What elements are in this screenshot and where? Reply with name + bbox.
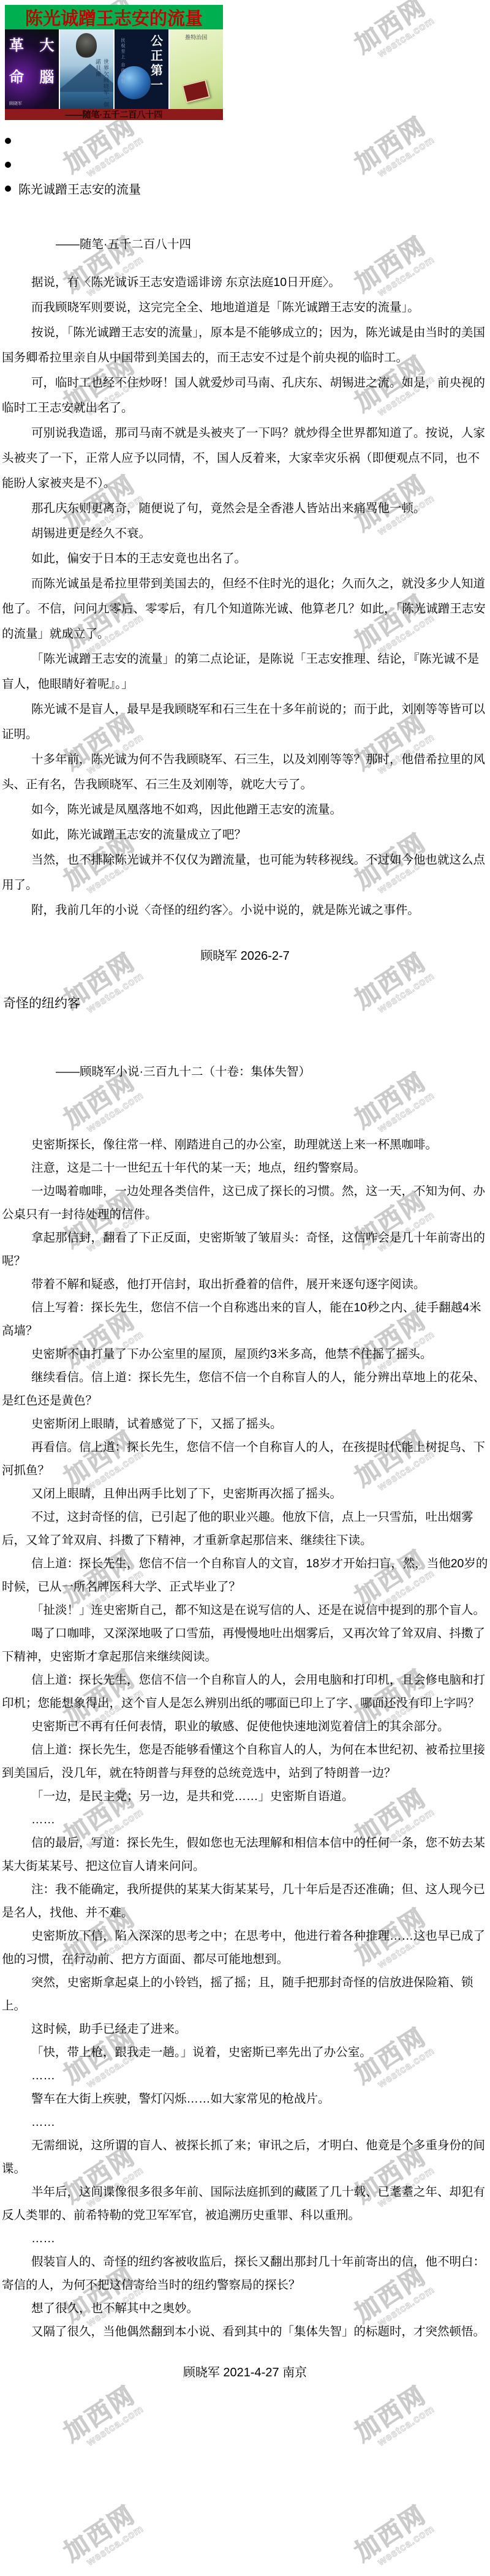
book-covers: 革 大 命 腦 顾晓军 世界欠顾晓军一個諾貝爾 公正第一 民权至上 自由永恒: [5, 29, 223, 109]
bullet-icon: [5, 138, 11, 144]
paragraph: 信上道：探长先生，您信不信一个自称盲人的文盲，18岁才开始扫盲，然，当他20岁的…: [2, 1552, 488, 1599]
paragraph: 史密斯闭上眼睛，试着感觉了下，又摇了摇头。: [2, 1412, 488, 1436]
paragraph: 史密斯探长，像往常一样、刚踏进自己的办公室，助理就送上来一杯黑咖啡。: [2, 1133, 488, 1156]
essay-section: ——随笔·五千二百八十四 据说，有〈陈光诚诉王志安造谣诽谤 东京法庭10日开庭〉…: [0, 232, 490, 969]
banner-subtitle-bar: ——随笔·五千二百八十四: [5, 109, 223, 120]
banner-title-bar: 陈光诚蹭王志安的流量: [5, 5, 223, 29]
cover-author: 顾晓军: [9, 100, 22, 107]
cover-title: 公正第一: [147, 34, 165, 93]
watermark-cn: 加西网: [347, 2376, 432, 2449]
paragraph: 突然，史密斯拿起桌上的小铃铛，摇了摇；且，随手把那封奇怪的信放进保险箱、锁上。: [2, 1971, 488, 2017]
paragraph: 史密斯已不再有任何表情，职业的敏感、促使他快速地浏览着信上的其余部分。: [2, 1715, 488, 1738]
watermark-en: westca.com: [375, 2522, 437, 2568]
banner-title: 陈光诚蹭王志安的流量: [25, 5, 203, 30]
paragraph: 「快，带上枪，跟我走一趟。」说着，史密斯已率先出了办公室。: [2, 2041, 488, 2064]
novel-body: 史密斯探长，像往常一样、刚踏进自己的办公室，助理就送上来一杯黑咖啡。注意，这是二…: [2, 1133, 488, 2343]
paragraph: ……: [2, 1808, 488, 1831]
paragraph: 十多年前，陈光诚为何不告我顾晓军、石三生，以及刘刚等等？那时，他借希拉里的风头、…: [2, 747, 488, 797]
book-graphic: [182, 80, 210, 104]
cover-char: 命: [9, 65, 24, 86]
watermark-cn: 加西网: [56, 2376, 141, 2449]
paragraph: 信上写着：探长先生，您信不信一个自称逃出来的盲人，能在10秒之内、徒手翻越4米高…: [2, 1296, 488, 1343]
paragraph: 据说，有〈陈光诚诉王志安造谣诽谤 东京法庭10日开庭〉。: [2, 270, 488, 295]
novel-section: 奇怪的纽约客 ——顾晓军小说·三百九十二（十卷：集体失智） 史密斯探长，像往常一…: [0, 995, 490, 2386]
book-cover-twitter: 推特治国: [170, 29, 224, 109]
banner-subtitle: ——随笔·五千二百八十四: [66, 108, 163, 121]
paragraph: 如今，陈光诚是凤凰落地不如鸡，因此他蹭王志安的流量。: [2, 797, 488, 823]
watermark-en: westca.com: [85, 2403, 146, 2449]
paragraph: 又闭上眼睛，且伸出两手比划了下，史密斯再次摇了摇头。: [2, 1482, 488, 1505]
paragraph: 喝了口咖啡，又深深地吸了口雪茄，再慢慢地吐出烟雾后，又再次耸了耸双肩、抖擞了下精…: [2, 1622, 488, 1668]
paragraph: 想了很久，也不解其中之奥妙。: [2, 2297, 488, 2320]
paragraph: 按说，「陈光诚蹭王志安的流量」，原本是不能够成立的；因为，陈光诚是由当时的美国国…: [2, 320, 488, 371]
novel-signature: 顾晓军 2021-4-27 南京: [2, 2360, 488, 2386]
essay-subtitle: ——随笔·五千二百八十四: [2, 232, 488, 257]
paragraph: 假装盲人的、奇怪的纽约客被收监后，探长又翻出那封几十年前寄出的信，他不明白：寄信…: [2, 2250, 488, 2297]
watermark-cn: 加西网: [347, 2496, 432, 2568]
paragraph: ……: [2, 2227, 488, 2250]
paragraph: 史密斯放下信，陷入深深的思考之中；在思考中，他进行着各种推理……这也早已成了他的…: [2, 1924, 488, 1971]
article-content: 陈光诚蹭王志安的流量 革 大 命 腦 顾晓军 世界欠顾晓军一個諾貝爾 公正第: [0, 5, 490, 2386]
paragraph: 继续看信。信上道：探长先生，您信不信一个自称盲人的人，能分辨出草地上的花朵、是红…: [2, 1366, 488, 1412]
paragraph: 半年后，这间谍像很多很多年前、国际法庭抓到的藏匿了几十载、已耄耋之年、却犯有反人…: [2, 2180, 488, 2227]
topic-title: 陈光诚蹭王志安的流量: [18, 179, 141, 197]
paragraph: 拿起那信封，翻看了下正反面，史密斯皱了皱眉头：奇怪，这信咋会是几十年前寄出的呢？: [2, 1226, 488, 1273]
site-watermark: 加西网westca.com: [56, 2376, 146, 2457]
article-page: 加西网westca.com加西网westca.com加西网westca.com加…: [0, 0, 490, 2576]
paragraph: 「一边，是民主党；另一边，是共和党……」史密斯自语道。: [2, 1785, 488, 1808]
bullet-icon: [5, 186, 11, 192]
cover-char: 大: [40, 33, 55, 55]
bullet-list: 陈光诚蹭王志安的流量: [0, 129, 490, 200]
novel-title: 奇怪的纽约客: [3, 995, 488, 1013]
list-item: 陈光诚蹭王志安的流量: [0, 176, 490, 200]
paragraph: 那孔庆东则更离奇，随便说了句，竟然会是全香港人皆站出来痛骂他一顿。: [2, 496, 488, 521]
essay-signature: 顾晓军 2026-2-7: [2, 944, 488, 969]
essay-body: 据说，有〈陈光诚诉王志安造谣诽谤 东京法庭10日开庭〉。而我顾晓军则要说，这完完…: [2, 270, 488, 923]
paragraph: 而陈光诚虽是希拉里带到美国去的，但经不住时光的退化；久而久之，就没多少人知道他了…: [2, 571, 488, 647]
watermark-en: westca.com: [85, 2522, 146, 2568]
book-cover-nobel: 世界欠顾晓军一個諾貝爾: [60, 29, 114, 109]
paragraph: 信上道：探长先生，您是否能够看懂这个自称盲人的人，为何在本世纪初、被希拉里接到美…: [2, 1738, 488, 1785]
paragraph: 附，我前几年的小说〈奇怪的纽约客〉。小说中说的，就是陈光诚之事件。: [2, 898, 488, 923]
paragraph: 注：我不能确定，我所提供的某某大街某某号，几十年后是否还准确；但、这人现今已是名…: [2, 1878, 488, 1924]
book-cover-justice-first: 公正第一 民权至上 自由永恒: [115, 29, 168, 109]
site-watermark: 加西网westca.com: [347, 2496, 437, 2576]
cover-char: 革: [9, 33, 24, 55]
paragraph: 可别说我造谣，那司马南不就是头被夹了一下吗？就炒得全世界都知道了。按说，人家头被…: [2, 421, 488, 496]
paragraph: 这时候，助手已经走了进来。: [2, 2017, 488, 2041]
watermark-cn: 加西网: [56, 2496, 141, 2568]
paragraph: 再看信。信上道：探长先生，您信不信一个自称盲人的人，在孩提时代能上树捉鸟、下河抓…: [2, 1436, 488, 1482]
list-item: [0, 129, 490, 153]
paragraph: 信上道：探长先生，您信不信一个自称盲人的人，会用电脑和打印机，且会修电脑和打印机…: [2, 1668, 488, 1715]
paragraph: ……: [2, 2111, 488, 2134]
cover-title: 世界欠顾晓军一個諾貝爾: [94, 59, 110, 109]
cover-char: 腦: [40, 65, 55, 86]
watermark-en: westca.com: [375, 2403, 437, 2449]
paragraph: 信的最后，写道：探长先生，假如您也无法理解和相信本信中的任何一条，您不妨去某某大…: [2, 1831, 488, 1878]
banner-image: 陈光诚蹭王志安的流量 革 大 命 腦 顾晓军 世界欠顾晓军一個諾貝爾 公正第: [5, 5, 223, 120]
paragraph: 如此，偏安于日本的王志安竟也出名了。: [2, 546, 488, 571]
site-watermark: 加西网westca.com: [347, 2376, 437, 2457]
cover-subtitle: 民权至上 自由永恒: [119, 38, 126, 85]
paragraph: 又隔了很久，当他偶然翻到本小说、看到其中的「集体失智」的标题时，才突然顿悟。: [2, 2320, 488, 2343]
bullet-icon: [5, 162, 11, 168]
paragraph: 一边喝着咖啡，一边处理各类信件，这已成了探长的习惯。然，这一天，不知为何、办公桌…: [2, 1180, 488, 1226]
book-cover-brain-revolution: 革 大 命 腦 顾晓军: [5, 29, 59, 109]
paragraph: 不过，这封奇怪的信，已引起了他的职业兴趣。他放下信，点上一只雪茄，吐出烟雾后，又…: [2, 1505, 488, 1552]
paragraph: 如此，陈光诚蹭王志安的流量成立了吧？: [2, 823, 488, 848]
paragraph: 「扯淡！」连史密斯自己，都不知这是在说写信的人、还是在说信中提到的那个盲人。: [2, 1599, 488, 1622]
paragraph: 而我顾晓军则要说，这完完全全、地地道道是「陈光诚蹭王志安的流量」。: [2, 295, 488, 320]
paragraph: ……: [2, 2064, 488, 2087]
paragraph: 史密斯不由打量了下办公室里的屋顶，屋顶约3米多高，他禁不住摇了摇头。: [2, 1343, 488, 1366]
paragraph: 当然，也不排除陈光诚并不仅仅为蹭流量，也可能为转移视线。不过如今他也就这么点用了…: [2, 848, 488, 898]
list-item: [0, 153, 490, 176]
paragraph: 带着不解和疑惑，他打开信封，取出折叠着的信件，展开来逐句逐字阅读。: [2, 1273, 488, 1296]
author-photo: [76, 33, 97, 58]
paragraph: 「陈光诚蹭王志安的流量」的第二点论证，是陈说「王志安推理、结论，『陈光诚不是盲人…: [2, 647, 488, 697]
paragraph: 胡锡进更是经久不衰。: [2, 521, 488, 546]
paragraph: 警车在大街上疾驶，警灯闪烁……如大家常见的枪战片。: [2, 2087, 488, 2111]
paragraph: 无需细说，这所谓的盲人、被探长抓了来；审讯之后，才明白、他竟是个多重身份的间谍。: [2, 2134, 488, 2180]
site-watermark: 加西网westca.com: [56, 2496, 146, 2576]
paragraph: 注意，这是二十一世纪五十年代的某一天；地点，纽约警察局。: [2, 1156, 488, 1180]
novel-subtitle: ——顾晓军小说·三百九十二（十卷：集体失智）: [2, 1060, 488, 1084]
paragraph: 可，临时工也经不住炒呀！国人就爱炒司马南、孔庆东、胡锡进之流。如是，前央视的临时…: [2, 371, 488, 421]
cover-title: 推特治国: [185, 33, 207, 41]
paragraph: 陈光诚不是盲人，最早是我顾晓军和石三生在十多年前说的；而于此，刘刚等等皆可以证明…: [2, 697, 488, 747]
